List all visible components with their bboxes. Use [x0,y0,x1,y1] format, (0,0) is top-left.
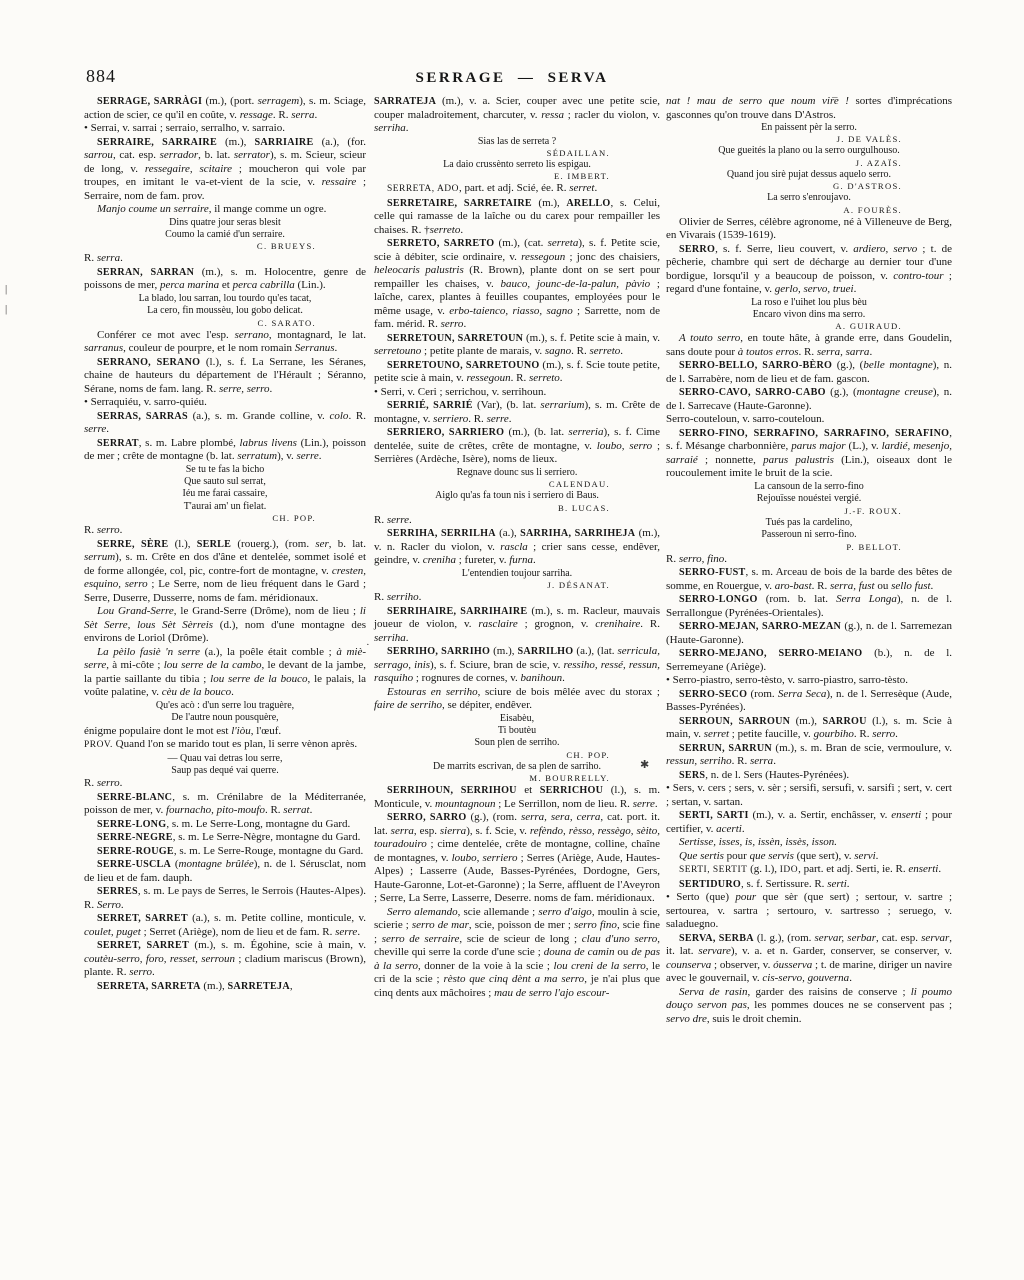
body-text: A. FOURÈS. [843,205,902,215]
italic-term: montagne brûlée [179,858,254,870]
entry-headword: SERRO-CAVO, SARRO-CABO [679,387,826,398]
italic-term: serrador [160,149,199,161]
body-text: . R. [640,618,660,630]
italic-term: serreto [590,345,621,357]
body-text: J. DÉSANAT. [547,580,610,590]
body-text: (m.), s. m. Bran de scie, vermoulure, v. [772,742,952,754]
entry-headword: SARRILHO [517,646,573,657]
italic-term: belle montagne [863,359,932,371]
dictionary-entry-paragraph: SERRES, s. m. Le pays de Serres, le Serr… [84,885,366,912]
body-text: . R. [468,413,486,425]
body-text: , suis le droit chemin. [707,1013,802,1025]
italic-term: serro de mar [412,919,469,931]
dictionary-entry-paragraph: SERRO, s. f. Serre, lieu couvert, v. ard… [666,243,952,297]
italic-term: serra [750,755,773,767]
dictionary-entry-paragraph: Lou Grand-Serre, le Grand-Serre (Drôme),… [84,605,366,646]
body-text: (rom. [747,688,778,700]
entry-headword: SERRE-ROUGE [97,846,174,857]
body-text: , s. f. Sertissure. R. [741,878,827,890]
italic-term: serra [291,109,314,121]
body-text: . [152,966,155,978]
body-text: . R. [571,345,589,357]
italic-term: sierra [440,825,466,837]
entry-headword: SARRIHA, SARRIHEJA [520,528,635,539]
dictionary-continuation-paragraph: R. serro. [84,777,366,791]
italic-term: servare [698,945,731,957]
dictionary-column-1: SERRAGE, SARRÀGI (m.), (port. serragem),… [84,95,366,993]
body-text: Tués pas la cardelino, Passeroun ni serr… [761,517,856,540]
quote-attribution: P. BELLOT. [666,542,952,553]
dictionary-entry-paragraph: SERRE-BLANC, s. m. Crénilabre de la Médi… [84,791,366,818]
body-text: . [895,728,898,740]
body-text: ; Serret (Ariège), nom de lieu et de fam… [141,926,335,938]
body-text: , il mange comme un ogre. [209,203,327,215]
body-text: • Sers, v. cers ; sers, v. sèr ; sersifi… [666,782,952,808]
italic-term: douna de camin [544,946,615,958]
dictionary-entry-paragraph: Manjo coume un serraire, il mange comme … [84,203,366,217]
body-text: (a.), s. m. Petite colline, monticule, v… [188,912,366,924]
body-text: , part. et adj. Scié, ée. R. [459,182,569,194]
body-text: . [406,122,409,134]
body-text: . [509,413,512,425]
body-text: L'entendien toujour sarriha. [462,568,572,579]
italic-term: serro de serraire [382,933,460,945]
body-text: , s. m. Le Serre-Long, montagne du Gard. [166,818,350,830]
body-text: . R. [273,109,291,121]
body-text: (m.), [217,136,255,148]
italic-term: heleocaris palustris [374,264,464,276]
italic-term: serra, fust [830,580,875,592]
entry-headword: SARROU [822,716,866,727]
body-text: , couleur de pourpre, et le nom romain [123,342,295,354]
dictionary-entry-paragraph: SERRETAIRE, SARRETAIRE (m.), ARELLO, s. … [374,197,660,238]
quote-attribution: J. DÉSANAT. [374,580,660,591]
dictionary-entry-paragraph: Olivier de Serres, célèbre agronome, né … [666,216,952,243]
verse-quote: Quand jou sirè pujat dessus aquelo serro… [666,169,952,181]
quote-attribution: CH. POP. [84,513,366,524]
entry-headword: SERTI, SARTI [679,810,749,821]
body-text: , n. de l. Sers (Hautes-Pyrénées). [705,769,849,781]
dictionary-entry-paragraph: SERRO-FUST, s. m. Arceau de bois de la b… [666,566,952,593]
italic-term: ressegoun [521,251,565,263]
italic-term: Serra Seca [778,688,826,700]
italic-term: serra [97,252,120,264]
body-text: C. SARATO. [258,318,316,328]
body-text: Serro-couteloun, v. sarro-couteloun. [666,413,824,425]
italic-term: serretouno [374,345,421,357]
italic-term: A touto serro [679,332,740,344]
dictionary-entry-paragraph: SERRETOUN, SARRETOUN (m.), s. f. Petite … [374,332,660,359]
body-text: (m.), s. m. Égohine, scie à main, v. [189,939,366,951]
body-text: ), s. f. Scie, v. [466,825,530,837]
verse-quote: En paissent pèr la serro. [666,122,952,134]
italic-term: serro [129,966,152,978]
dictionary-entry-paragraph: SERRETOUNO, SARRETOUNO (m.), s. f. Scie … [374,359,660,386]
body-text: , [290,980,293,992]
italic-term: La pèilo fasiè 'n serre [97,646,200,658]
italic-term: serret [569,182,594,194]
body-text: , scie de scieur de long ; [459,933,581,945]
italic-term: lou creni de la serro [554,960,646,972]
italic-term: Que sertis [679,850,724,862]
dictionary-entry-paragraph: SERRUN, SARRUN (m.), s. m. Bran de scie,… [666,742,952,769]
entry-headword: SERRE, SÈRE [97,539,168,550]
body-text: (m.), [201,980,228,992]
body-text: C. BRUEYS. [257,241,316,251]
quote-attribution: CH. POP. [374,750,660,761]
dictionary-entry-paragraph: SERRO-BELLO, SARRO-BÈRO (g.), (belle mon… [666,359,952,386]
body-text: P. BELLOT. [846,542,902,552]
body-text: , scie, poisson de mer ; [469,919,574,931]
entry-headword: SERRIERO, SARRIERO [387,427,504,438]
dictionary-continuation-paragraph: • Serri, v. Ceri ; serrichou, v. serriho… [374,386,660,400]
body-text: R. [374,514,387,526]
italic-term: erbo-taienco, riasso, sagno [449,305,573,317]
body-text: , se dépiter, endêver. [442,699,532,711]
entry-headword: SERRETOUNO, SARRETOUNO [387,360,539,371]
body-text: Qu'es acò : d'un serre lou traguère, De … [156,700,294,723]
dictionary-continuation-paragraph: • Serto (que) pour que sèr (que sert) ; … [666,891,952,932]
body-text: J. AZAÏS. [856,158,902,168]
dictionary-entry-paragraph: SERRE-NEGRE, s. m. Le Serre-Nègre, monta… [84,831,366,845]
body-text: ; observer, v. [711,959,773,971]
dictionary-entry-paragraph: A touto serro, en toute hâte, à grande e… [666,332,952,359]
body-text: ), s. f. Sciure, bran de scie, v. [430,659,563,671]
dictionary-entry-paragraph: SERRAGE, SARRÀGI (m.), (port. serragem),… [84,95,366,122]
quote-attribution: E. IMBERT. [374,171,660,182]
italic-term: serro [872,728,895,740]
dictionary-continuation-paragraph: • Sers, v. cers ; sers, v. sèr ; sersifi… [666,782,952,809]
body-text: (m.), [532,197,566,209]
dictionary-entry-paragraph: SERRO-SECO (rom. Serra Seca), n. de l. S… [666,688,952,715]
body-text: La serro s'enroujavo. [767,192,851,203]
italic-term: serragem [258,95,300,107]
italic-term: coutèu-serro, foro, resset, serroun [84,953,235,965]
body-text: . [120,777,123,789]
italic-term: serriero [433,413,468,425]
entry-headword: SARRETEJA [228,981,290,992]
body-text: R. [666,553,679,565]
dictionary-entry-paragraph: SERRAS, SARRAS (a.), s. m. Grande collin… [84,410,366,437]
body-text: . R. [799,346,817,358]
italic-term: serre [297,450,319,462]
dictionary-entry-paragraph: SERRE-USCLA (montagne brûlée), n. de l. … [84,858,366,885]
body-text: ), v. [277,450,296,462]
dictionary-continuation-paragraph: R. serriho. [374,591,660,605]
body-text: (g.), ( [826,386,857,398]
body-text: (a.), (for. [313,136,366,148]
entry-headword: SERRO [679,244,715,255]
italic-term: sagno [545,345,571,357]
body-text: . [931,580,934,592]
italic-term: serre, serro [219,383,270,395]
entry-headword: SERRO-FUST [679,567,746,578]
dictionary-entry-paragraph: SERRIHOUN, SERRIHOU et SERRICHOU (l.), s… [374,784,660,811]
body-text: Conférer ce mot avec l'esp. [97,329,235,341]
verse-quote: L'entendien toujour sarriha. [374,568,660,580]
body-text: • Serri, v. Ceri ; serrichou, v. serriho… [374,386,546,398]
entry-headword: SERRET, SARRET [97,913,188,924]
dictionary-entry-paragraph: SERRO-MEJAN, SARRO-MEZAN (g.), n. de l. … [666,620,952,647]
body-text: Aiglo qu'as fa toun nis i serriero di Ba… [435,490,599,501]
body-text: . [460,224,463,236]
italic-term: ressaire [322,176,357,188]
quote-attribution: B. LUCAS. [374,503,660,514]
dictionary-entry-paragraph: SERRIÉ, SARRIÉ (Var), (b. lat. serrarium… [374,399,660,426]
scan-artifact-dash: – [832,92,838,103]
italic-term: Sertisse, isses, is, issèn, issès, isson… [679,836,837,848]
body-text: La roso e l'uihet lou plus bèu Encaro vi… [751,297,867,320]
body-text: ), v. a. et n. Garder, conserver, se con… [731,945,952,957]
italic-term: banihoun [521,672,563,684]
dictionary-entry-paragraph: SERROUN, SARROUN (m.), SARROU (l.), s. m… [666,715,952,742]
dictionary-entry-paragraph: SERRO-LONGO (rom. b. lat. Serra Longa), … [666,593,952,620]
entry-headword: SERRICHOU [540,785,603,796]
body-text: ), s. m. Crête en dos d'âne et dentelée,… [84,551,366,577]
entry-headword: SERRE-BLANC [97,792,172,803]
body-text: CALENDAU. [549,479,610,489]
body-text: . [655,798,658,810]
italic-term: gourbiho [814,728,854,740]
body-text: (a.), s. m. Grande colline, v. [188,410,330,422]
body-text: Que gueités la plano ou la serro ourgulh… [718,145,899,156]
entry-headword: SERRAT [97,438,139,449]
italic-term: serrarium [540,399,584,411]
body-text: (l.), [168,538,196,550]
dictionary-continuation-paragraph: R. serre. [374,514,660,528]
body-text: , les pommes douces ne se conservent pas… [747,999,952,1011]
italic-term: serreto [529,372,560,384]
verse-quote: — Quau vai detras lou serre, Saup pas de… [84,753,366,778]
italic-term: serro [441,318,464,330]
verse-quote: Aiglo qu'as fa toun nis i serriero di Ba… [374,490,660,502]
italic-term: labrus livens [240,437,297,449]
body-text: . [560,372,563,384]
body-text: R. [84,777,97,789]
dictionary-entry-paragraph: SERRET, SARRET (m.), s. m. Égohine, scie… [84,939,366,980]
italic-term: serrat [283,804,309,816]
body-text: SÉDAILLAN. [547,148,610,158]
entry-headword: SERRIHOUN, SERRIHOU [387,785,517,796]
entry-headword: SERRE-NEGRE [97,832,173,843]
dictionary-column-2: SARRATEJA (m.), v. a. Scier, couper avec… [374,95,660,1000]
body-text: ; jonc des chaisiers, [565,251,660,263]
body-text: Regnave dounc sus li serriero. [457,467,578,478]
page: 884 SERRAGE — SERVA SERRAGE, SARRÀGI (m.… [0,0,1024,1280]
body-text: De marrits escrivan, de sa plen de sarri… [433,761,601,772]
body-text: En paissent pèr la serro. [761,122,857,133]
italic-term: loubo, serro [597,440,652,452]
italic-term: serreto [430,224,461,236]
verse-quote: La blado, lou sarran, lou tourdo qu'es t… [84,293,366,318]
body-text: , le Grand-Serre (Drôme), nom de lieu ; [174,605,360,617]
italic-term: counserva [666,959,711,971]
italic-term: Lou Grand-Serre [97,605,174,617]
italic-term: rascla [500,541,528,553]
body-text: , garder des raisins de conserve ; [747,986,910,998]
italic-term: mau de serro l'ajo escour- [494,987,609,999]
entry-headword: SERRAIRE, SARRAIRE [97,137,217,148]
italic-term: ressage [240,109,273,121]
italic-term: enserti [891,809,921,821]
body-text: — Quau vai detras lou serre, Saup pas de… [168,753,283,776]
italic-term: lou serre de la bouco [210,673,307,685]
italic-term: servi [854,850,875,862]
dictionary-continuation-paragraph: nat ! mau de serro que noum vire ! sorte… [666,95,952,122]
entry-headword: SERRIHAIRE, SARRIHAIRE [387,606,527,617]
entry-headword: SERRIHO, SARRIHO [387,646,490,657]
dictionary-entry-paragraph: SERTI, SERTIT (g. l.), IDO, part. et adj… [666,863,952,878]
body-text: (m.), v. a. Sertir, enchâsser, v. [749,809,892,821]
body-text: R. [374,591,387,603]
italic-term: montagne creuse [857,386,933,398]
entry-headword: SERRO, SARRO [387,812,467,823]
body-text: . R. [348,410,366,422]
italic-term: rasclaire [478,618,517,630]
italic-term: Estouras en serriho [387,686,478,698]
dictionary-entry-paragraph: SERRAN, SARRAN (m.), s. m. Holocentre, g… [84,266,366,293]
body-text: . [773,755,776,767]
body-text: J. DE VALÈS. [837,134,902,144]
italic-term: perca cabrilla [233,279,295,291]
dictionary-entry-paragraph: SERVA, SERBA (l. g.), (rom. servar, serb… [666,932,952,986]
body-text: (Lin.). [295,279,326,291]
italic-term: serro [97,777,120,789]
body-text: • Serrai, v. sarrai ; serraio, serralho,… [84,122,285,134]
italic-term: servo dre [666,1013,707,1025]
italic-term: óusserva [773,959,812,971]
italic-term: ardiero, servo [853,243,917,255]
dictionary-entry-paragraph: SERRO-CAVO, SARRO-CABO (g.), (montagne c… [666,386,952,413]
italic-term: servar, serbar [815,932,877,944]
verse-quote: De marrits escrivan, de sa plen de sarri… [374,761,660,773]
entry-headword: SERRETA, SARRETA [97,981,201,992]
body-text: . [310,804,313,816]
dictionary-entry-paragraph: SERRO, SARRO (g.), (rom. serra, sera, ce… [374,811,660,906]
quote-attribution: J. AZAÏS. [666,158,952,169]
body-text: . [742,823,745,835]
body-text: B. LUCAS. [558,503,610,513]
italic-term: rèsto que cinq dènt a ma serro [443,973,584,985]
body-text: et [517,784,540,796]
italic-term: serriho [387,591,419,603]
italic-term: loubo, serriero [452,852,518,864]
italic-term: que servis [750,850,794,862]
verse-quote: Tués pas la cardelino, Passeroun ni serr… [666,517,952,542]
body-text: (m.), (cat. [494,237,547,249]
verse-quote: Que gueités la plano ou la serro ourgulh… [666,145,952,157]
entry-headword: SERRANO, SERANO [97,357,200,368]
entry-headword: SERRE-USCLA [97,859,171,870]
body-text: • Serto (que) [666,891,735,903]
italic-term: perca marina [160,279,219,291]
body-text: , cat. esp. [876,932,921,944]
italic-term: colo [329,410,348,422]
body-text: (a.), [496,527,520,539]
body-text: Eisabèu, Ti boutèu Soun plen de serriho. [475,713,560,749]
italic-term: serret [704,728,729,740]
body-text: , s. m. Le Serre-Rouge, montagne du Gard… [174,845,363,857]
verse-quote: La serro s'enroujavo. [666,192,952,204]
entry-headword: SERRES [97,886,138,897]
quote-attribution: A. FOURÈS. [666,205,952,216]
smallcaps-term: PROV. [84,740,113,750]
body-text: (rouerg.), (rom. [231,538,315,550]
body-text: ; petite plante de marais, v. [421,345,545,357]
body-text: . [533,554,536,566]
body-text: Quand jou sirè pujat dessus aquelo serro… [727,169,891,180]
body-text: . [406,632,409,644]
body-text: Dins quatre jour seras blesit Coumo la c… [165,217,285,240]
dictionary-entry-paragraph: SERRO-MEJANO, SERRO-MEIANO (b.), n. de l… [666,647,952,674]
italic-term: Manjo coume un serraire [97,203,209,215]
body-text: (m.), s. f. Petite scie à main, v. [523,332,660,344]
dictionary-continuation-paragraph: R. serra. [84,252,366,266]
body-text: Olivier de Serres, célèbre agronome, né … [666,216,952,242]
italic-term: serti [827,878,847,890]
verse-quote: Qu'es acò : d'un serre lou traguère, De … [84,700,366,725]
entry-headword: SERRO-FINO, SERRAFINO, SARRAFINO, SERAFI… [679,428,949,439]
italic-term: cèu de la bouco [162,686,231,698]
body-text: (l. g.), (rom. [754,932,815,944]
dictionary-entry-paragraph: SERTI, SARTI (m.), v. a. Sertir, enchâss… [666,809,952,836]
italic-term: serra, sarra [817,346,870,358]
body-text: . [335,342,338,354]
dictionary-entry-paragraph: Serro alemando, scie allemande ; serro d… [374,906,660,1001]
body-text: pour [724,850,750,862]
italic-term: faire de serriho [374,699,442,711]
body-text: , s. m. Labre plombé, [139,437,240,449]
body-text: Se tu te fas la bicho Que sauto sul serr… [183,464,268,512]
body-text: (L.), v. [846,440,882,452]
italic-term: serro [97,524,120,536]
italic-term: contro-tour [893,270,943,282]
body-text: , s. m. Le Serre-Nègre, montagne du Gard… [173,831,361,843]
body-text: . [876,850,879,862]
dictionary-entry-paragraph: La pèilo fasiè 'n serre (a.), la poêle é… [84,646,366,700]
body-text: , cat. esp. [113,149,160,161]
entry-headword: SERRO-MEJANO, SERRO-MEIANO [679,648,862,659]
entry-headword: SERRUN, SARRUN [679,743,772,754]
dictionary-entry-paragraph: Que sertis pour que servis (que sert), v… [666,850,952,864]
quote-attribution: A. GUIRAUD. [666,321,952,332]
body-text: (m.), (port. [202,95,258,107]
body-text: A. GUIRAUD. [835,321,902,331]
dictionary-entry-paragraph: SERRE-LONG, s. m. Le Serre-Long, montagn… [84,818,366,832]
margin-asterisk-mark: ✱ [640,760,649,771]
italic-term: enserti [908,863,938,875]
body-text: R. [84,524,97,536]
verse-quote: Sias las de serreta ? [374,136,660,148]
body-text: . [231,686,234,698]
verse-quote: Eisabèu, Ti boutèu Soun plen de serriho. [374,713,660,750]
entry-headword: SERRE-LONG [97,819,166,830]
entry-headword: SERTIDURO [679,879,741,890]
dictionary-entry-paragraph: SERRIHAIRE, SARRIHAIRE (m.), s. m. Racle… [374,605,660,646]
body-text: , montagnard, le lat. [269,329,366,341]
dictionary-entry-paragraph: SERRETA, ADO, part. et adj. Scié, ée. R.… [374,182,660,197]
body-text: (m.), [490,645,517,657]
scan-artifact-tick: | [5,304,7,315]
italic-term: Serro [97,899,121,911]
body-text: . [319,450,322,462]
body-text: . [419,591,422,603]
dictionary-entry-paragraph: Conférer ce mot avec l'esp. serrano, mon… [84,329,366,356]
italic-term: serre [84,423,106,435]
body-text: ; grognon, v. [518,618,596,630]
smallcaps-term: SERTI, SERTIT [679,865,747,875]
body-text: , b. lat. [198,149,234,161]
